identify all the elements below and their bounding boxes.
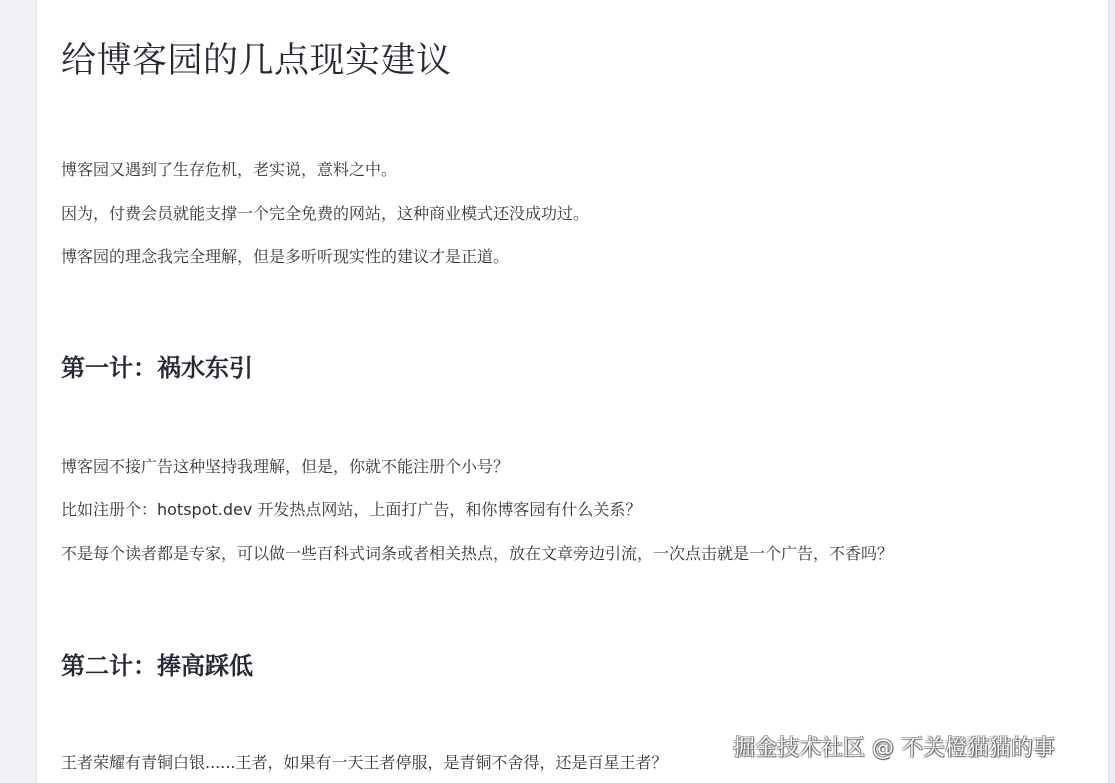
article-page: 给博客园的几点现实建议 博客园又遇到了生存危机，老实说，意料之中。 因为，付费会… — [36, 0, 1109, 783]
article-title: 给博客园的几点现实建议 — [61, 33, 452, 83]
section-paragraph: 比如注册个：hotspot.dev 开发热点网站，上面打广告，和你博客园有什么关… — [61, 499, 641, 521]
intro-paragraph: 因为，付费会员就能支撑一个完全免费的网站，这种商业模式还没成功过。 — [61, 203, 589, 225]
section-paragraph: 博客园不接广告这种坚持我理解，但是，你就不能注册个小号？ — [61, 456, 509, 478]
intro-paragraph: 博客园的理念我完全理解，但是多听听现实性的建议才是正道。 — [61, 246, 509, 268]
scrollbar-track[interactable] — [1109, 0, 1115, 783]
section-heading: 第二计：捧高踩低 — [61, 646, 253, 681]
watermark: 掘金技术社区 @ 不关橙猫猫的事 — [733, 731, 1055, 762]
section-paragraph: 王者荣耀有青铜白银......王者，如果有一天王者停服，是青铜不舍得，还是百星王… — [61, 752, 668, 774]
section-paragraph: 不是每个读者都是专家，可以做一些百科式词条或者相关热点，放在文章旁边引流，一次点… — [61, 543, 893, 565]
intro-paragraph: 博客园又遇到了生存危机，老实说，意料之中。 — [61, 159, 397, 181]
section-heading: 第一计：祸水东引 — [61, 348, 253, 383]
